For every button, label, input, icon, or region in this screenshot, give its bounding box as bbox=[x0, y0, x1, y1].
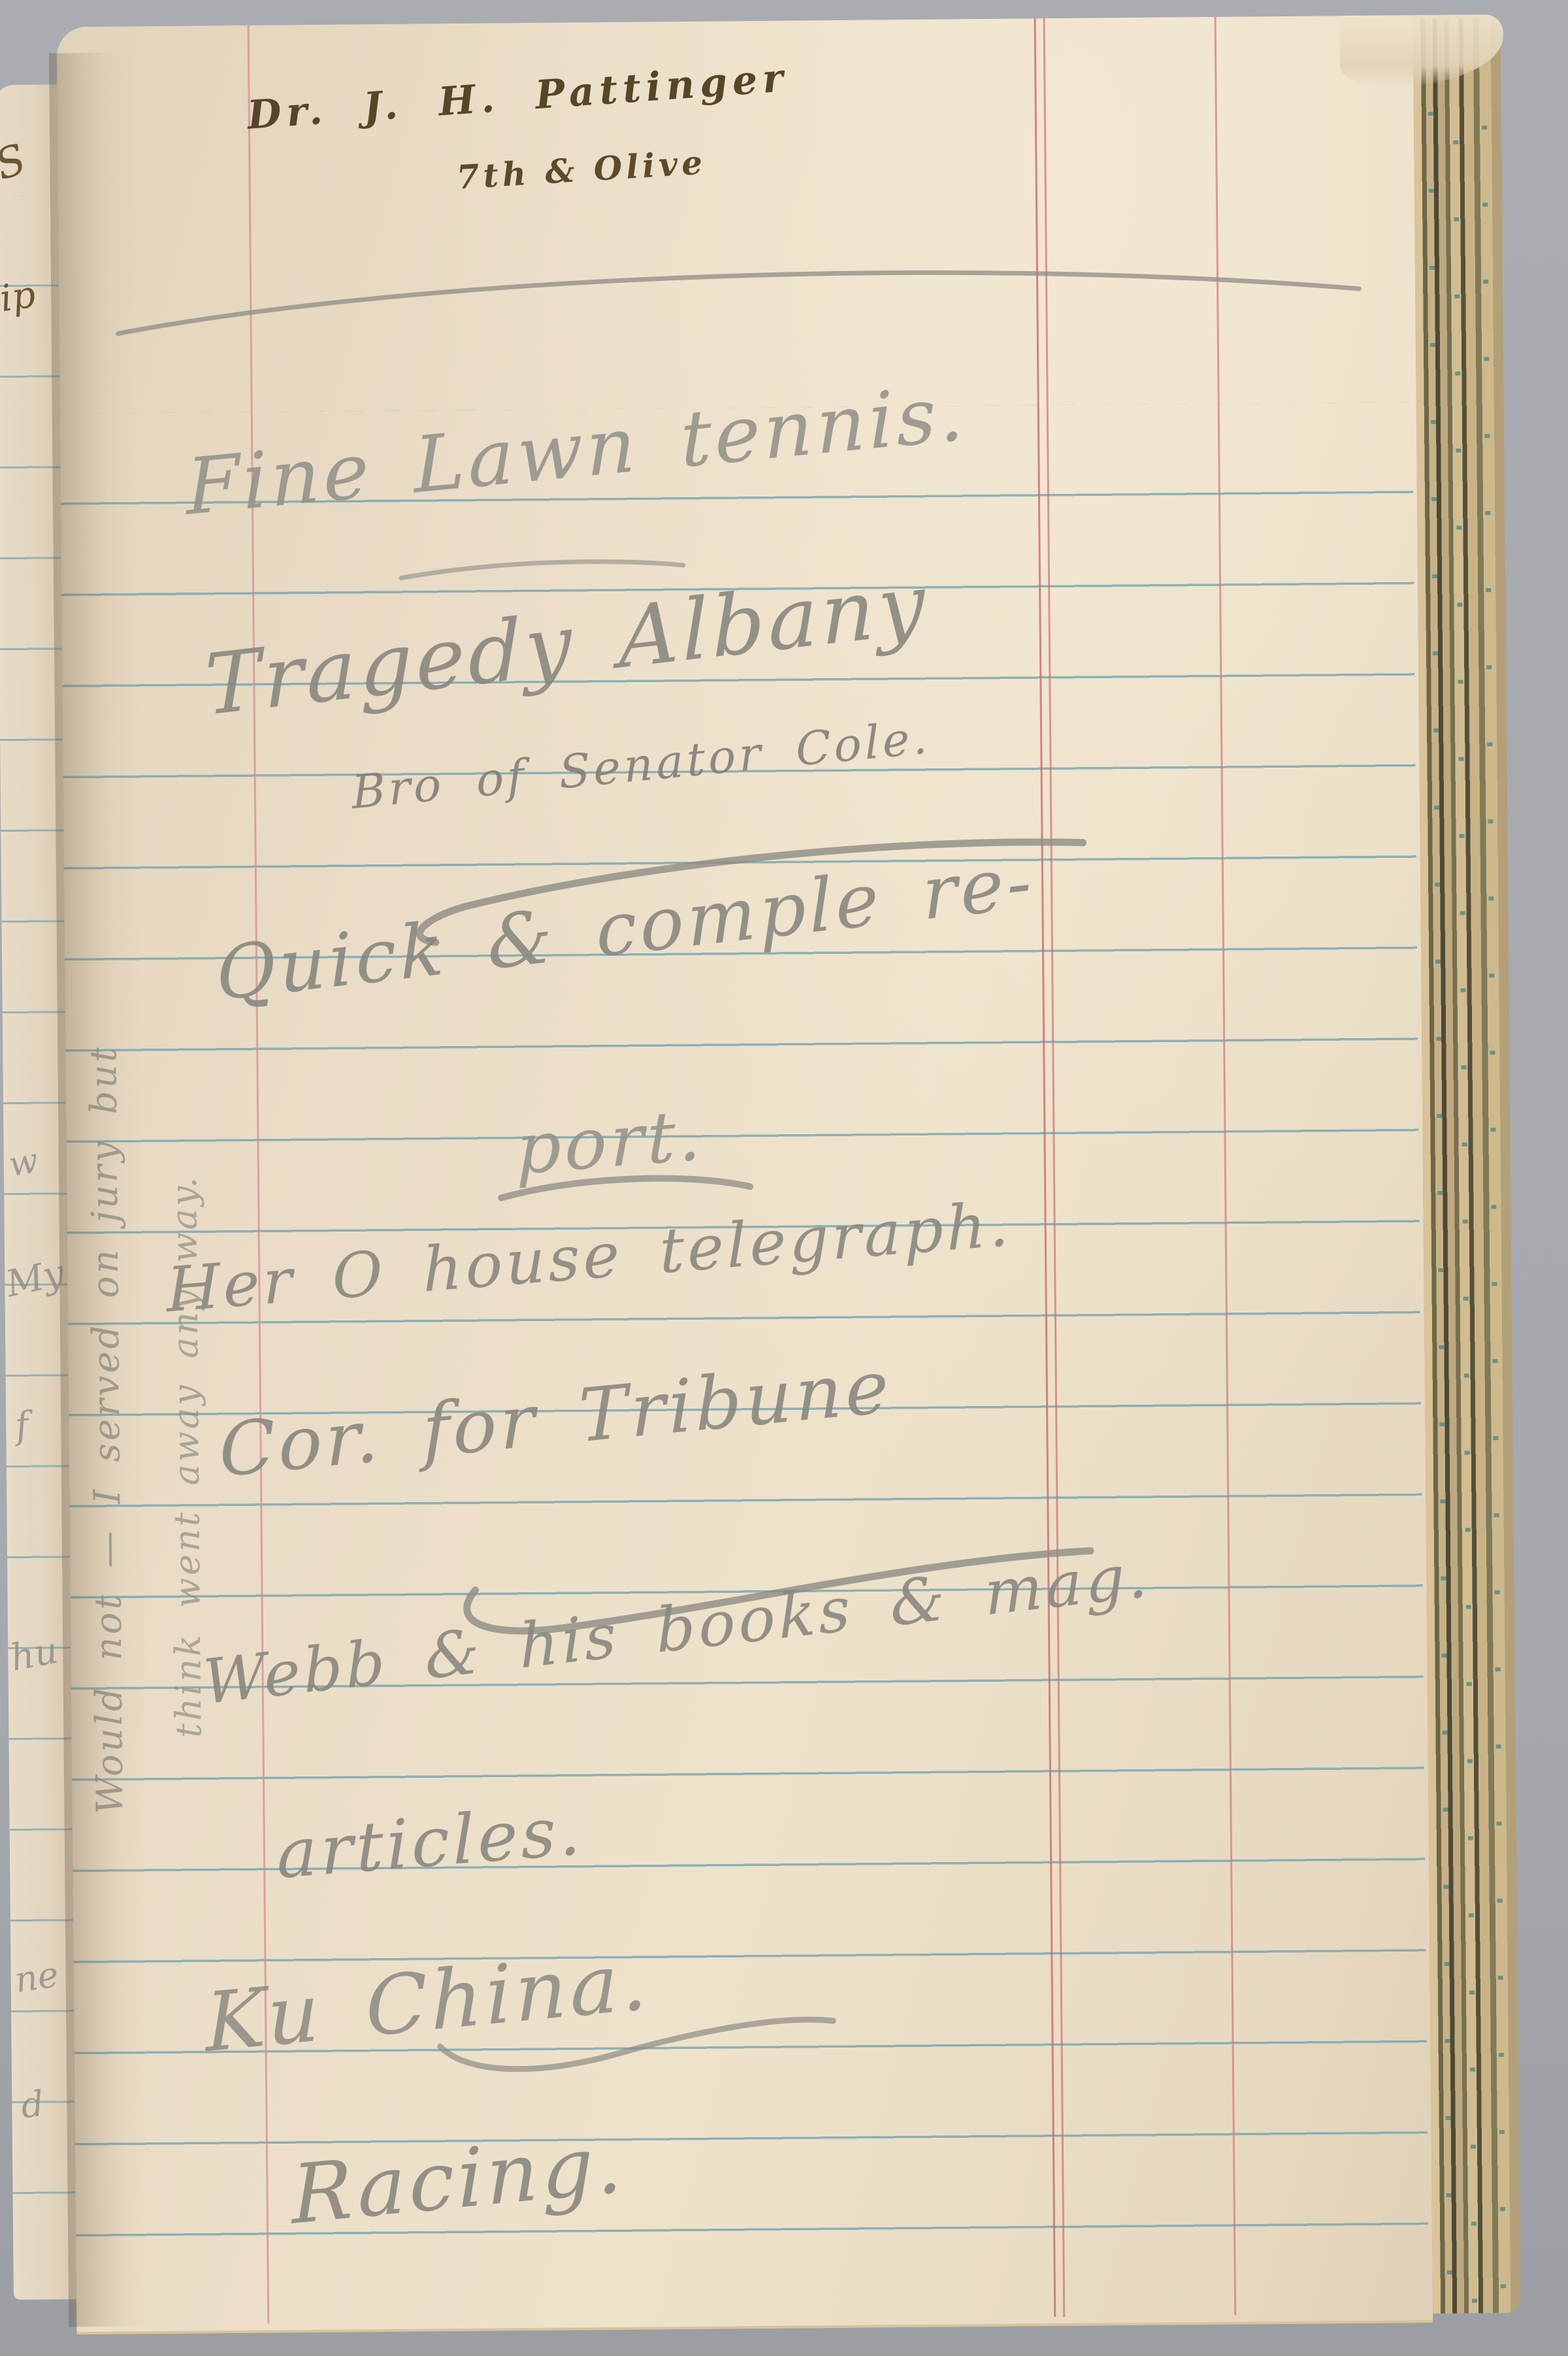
edge-fragment: d bbox=[19, 2083, 46, 2127]
rule-end-marks bbox=[1428, 19, 1453, 2314]
edge-fragment: ne bbox=[12, 1954, 61, 2001]
edge-fragment: ip bbox=[0, 273, 38, 320]
rule-end-marks bbox=[1481, 18, 1507, 2313]
margin-note-vertical: Would not — I served on jury but bbox=[82, 1045, 131, 1814]
edge-fragment: S bbox=[0, 135, 32, 190]
notebook: S ip w My f hu ne d Dr. J. H. Pattinger … bbox=[0, 14, 1524, 2339]
edge-fragment: hu bbox=[7, 1629, 61, 1680]
rule-end-marks bbox=[1452, 19, 1478, 2314]
note-line: port. bbox=[515, 1094, 704, 1191]
notebook-page: Dr. J. H. Pattinger 7th & Olive Fine Law… bbox=[57, 15, 1433, 2334]
margin-note-vertical: think went away any way. bbox=[163, 1174, 210, 1738]
scanned-notebook-photo: { "page": { "header": { "line1": "Dr. J.… bbox=[0, 0, 1568, 2356]
